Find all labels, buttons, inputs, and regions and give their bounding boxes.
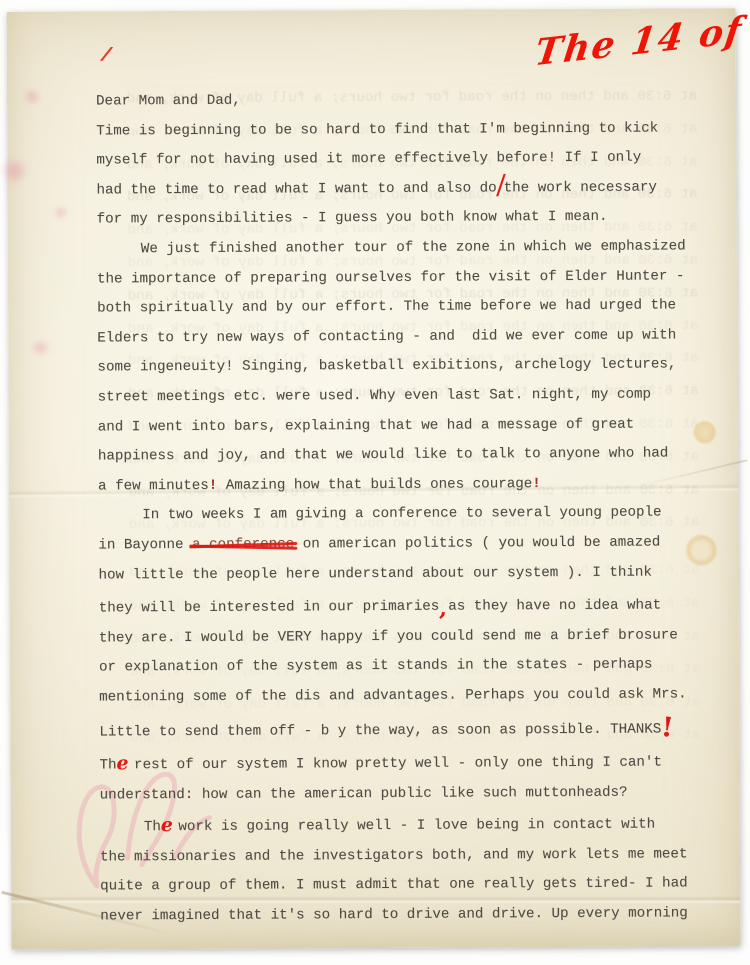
typed-text: quite a group of them. I must admit that…	[100, 876, 688, 895]
typed-text: We just finished another tour of the zon…	[141, 238, 686, 257]
typed-text: as they have no idea what	[448, 598, 661, 615]
typed-text: in Bayonne	[98, 537, 192, 553]
typed-text: on american politics ( you would be amaz…	[294, 534, 660, 552]
pink-ink-smudge	[28, 342, 52, 354]
pink-ink-smudge	[0, 158, 29, 184]
typed-text: Little to send them off - b y the way, a…	[99, 722, 661, 741]
typed-line: Time is beginning to be so hard to find …	[96, 114, 716, 147]
typed-text: how little the people here understand ab…	[98, 564, 651, 583]
typed-line: had the time to read what I want to and …	[96, 173, 716, 206]
typed-line: The work is going really well - I love b…	[100, 807, 720, 843]
typed-text: Th	[144, 819, 161, 835]
typed-line: Little to send them off - b y the way, a…	[99, 710, 719, 749]
typed-line: they will be interested in our primaries…	[99, 587, 719, 624]
typed-text: Time is beginning to be so hard to find …	[96, 120, 658, 139]
typed-line: The rest of our system I know pretty wel…	[99, 745, 719, 781]
pink-ink-smudge	[21, 90, 43, 104]
typed-text: the importance of preparing ourselves fo…	[97, 268, 685, 287]
typed-line: In two weeks I am giving a conference to…	[98, 499, 718, 532]
typed-line: both spiritually and by our effort. The …	[97, 291, 717, 324]
typed-line: a few minutes! Amazing how that builds o…	[98, 469, 718, 502]
typed-text: and I went into bars, explaining that we…	[98, 416, 634, 435]
typed-text: rest of our system I know pretty well - …	[125, 755, 661, 774]
red-exclamation-large: !	[660, 713, 676, 744]
typed-text: work is going really well - I love being…	[170, 817, 655, 836]
typed-text: the missionaries and the investigators b…	[100, 846, 688, 865]
typed-line: quite a group of them. I must admit that…	[100, 870, 720, 903]
handwritten-date-annotation: The 14 of	[532, 9, 745, 75]
typed-line: how little the people here understand ab…	[98, 558, 718, 591]
typed-text: or explanation of the system as it stand…	[99, 657, 652, 676]
typed-line: myself for not having used it more effec…	[96, 143, 716, 176]
red-exclamation: !	[532, 476, 541, 492]
typed-line: in Bayonne a conference on american poli…	[98, 528, 718, 561]
typed-line: happiness and joy, and that we would lik…	[98, 439, 718, 472]
typed-text: street meetings etc. were used. Why even…	[98, 386, 651, 405]
typed-line: Dear Mom and Dad,	[96, 84, 716, 117]
red-strikethrough-text: a conference	[192, 536, 294, 553]
typed-text: In two weeks I am giving a conference to…	[142, 505, 661, 524]
typed-text: some ingeneuity! Singing, basketball exi…	[97, 357, 676, 376]
typed-line: Elders to try new ways of contacting - a…	[97, 321, 717, 354]
typed-line: understand: how can the american public …	[100, 778, 720, 811]
typed-text: never imagined that it's so hard to driv…	[100, 905, 688, 924]
typed-line: the importance of preparing ourselves fo…	[97, 262, 717, 295]
bleed-through-layer: at 6:30 and then on the road for two hou…	[7, 8, 736, 12]
typed-line: and I went into bars, explaining that we…	[98, 410, 718, 443]
typed-text: they will be interested in our primaries	[99, 599, 440, 617]
typed-text: had the time to read what I want to and …	[96, 180, 496, 198]
typed-line: mentioning some of the dis and advantage…	[99, 680, 719, 713]
typed-line: or explanation of the system as it stand…	[99, 650, 719, 683]
typed-line: they are. I would be VERY happy if you c…	[99, 621, 719, 654]
typed-line: never imagined that it's so hard to driv…	[100, 899, 720, 932]
red-exclamation: !	[209, 478, 218, 494]
typed-text: both spiritually and by our effort. The …	[97, 298, 676, 317]
typed-text: for my responsibilities - I guess you bo…	[97, 209, 608, 228]
typed-line: some ingeneuity! Singing, basketball exi…	[97, 351, 717, 384]
typed-text: the work necessary	[504, 179, 657, 196]
red-check-mark: /	[98, 44, 114, 69]
letter-body: Dear Mom and Dad,Time is beginning to be…	[96, 84, 720, 932]
typed-text: mentioning some of the dis and advantage…	[99, 686, 687, 705]
typed-line: for my responsibilities - I guess you bo…	[97, 203, 717, 236]
typed-text: Dear Mom and Dad,	[96, 93, 241, 110]
typed-text: Th	[99, 757, 116, 773]
typed-text: they are. I would be VERY happy if you c…	[99, 627, 678, 646]
pink-ink-smudge	[52, 208, 70, 218]
typed-text: understand: how can the american public …	[100, 784, 628, 803]
scan-background: at 6:30 and then on the road for two hou…	[0, 0, 750, 965]
red-handwritten-e: e	[116, 749, 125, 779]
typed-line: the missionaries and the investigators b…	[100, 840, 720, 873]
typed-text: Amazing how that builds ones courage	[217, 476, 532, 494]
typed-text: happiness and joy, and that we would lik…	[98, 446, 669, 465]
typed-text: a few minutes	[98, 478, 209, 495]
red-handwritten-e: e	[161, 811, 170, 841]
typed-line: street meetings etc. were used. Why even…	[97, 380, 717, 413]
typed-text: myself for not having used it more effec…	[96, 150, 641, 169]
typed-line: We just finished another tour of the zon…	[97, 232, 717, 265]
typed-text: Elders to try new ways of contacting - a…	[97, 327, 676, 346]
letter-paper: at 6:30 and then on the road for two hou…	[7, 8, 741, 950]
